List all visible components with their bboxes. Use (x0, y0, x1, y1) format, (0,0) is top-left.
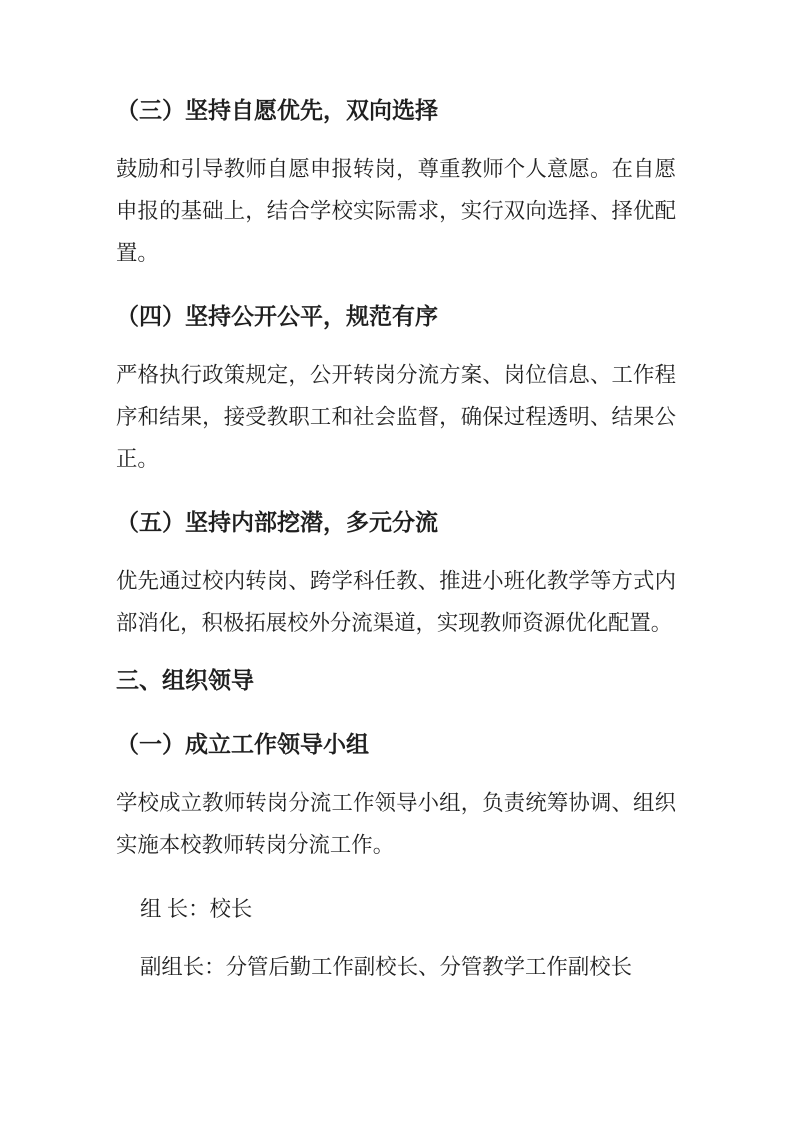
paragraph-leading-group: 学校成立教师转岗分流工作领导小组，负责统筹协调、组织实施本校教师转岗分流工作。 (116, 782, 676, 866)
section-heading-internal-potential: （五）坚持内部挖潜，多元分流 (116, 502, 676, 544)
roster-line-deputy-leaders: 副组长：分管后勤工作副校长、分管教学工作副校长 (116, 946, 676, 988)
section-heading-leading-group: （一）成立工作领导小组 (116, 724, 676, 766)
roster-line-group-leader: 组 长：校长 (116, 888, 676, 930)
section-heading-open-fairness: （四）坚持公开公平，规范有序 (116, 296, 676, 338)
section-heading-voluntary-priority: （三）坚持自愿优先，双向选择 (116, 90, 676, 132)
paragraph-voluntary-priority: 鼓励和引导教师自愿申报转岗，尊重教师个人意愿。在自愿申报的基础上，结合学校实际需… (116, 148, 676, 274)
chapter-heading-organization-leadership: 三、组织领导 (116, 660, 676, 702)
document-page: （三）坚持自愿优先，双向选择 鼓励和引导教师自愿申报转岗，尊重教师个人意愿。在自… (0, 0, 793, 1122)
paragraph-internal-potential: 优先通过校内转岗、跨学科任教、推进小班化教学等方式内部消化，积极拓展校外分流渠道… (116, 560, 676, 644)
document-content: （三）坚持自愿优先，双向选择 鼓励和引导教师自愿申报转岗，尊重教师个人意愿。在自… (0, 0, 793, 988)
paragraph-open-fairness: 严格执行政策规定，公开转岗分流方案、岗位信息、工作程序和结果，接受教职工和社会监… (116, 354, 676, 480)
